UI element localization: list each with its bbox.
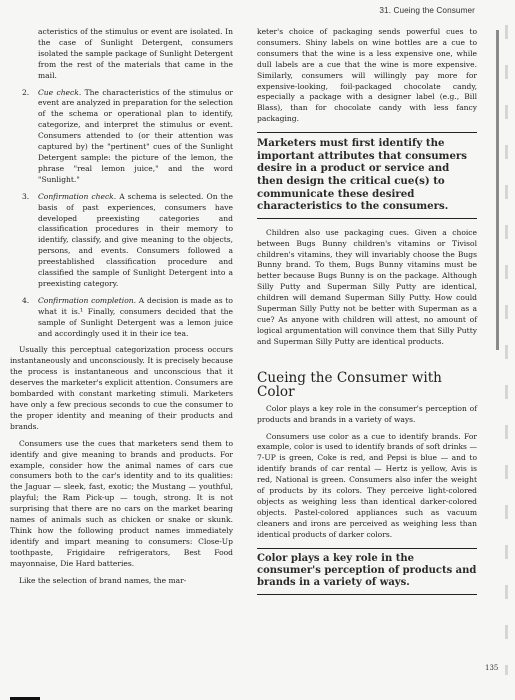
step-item: 3. Confirmation check. A schema is selec… <box>10 192 233 290</box>
continuation-paragraph: keter's choice of packaging sends powerf… <box>257 27 477 125</box>
step-text: A schema is selected. On the basis of pa… <box>38 192 233 288</box>
body-paragraph: Like the selection of brand names, the m… <box>10 576 233 587</box>
body-paragraph: Consumers use color as a cue to identify… <box>257 432 477 541</box>
categorization-steps-list: 2. Cue check. The characteristics of the… <box>10 88 233 340</box>
step-number: 4. <box>22 296 29 307</box>
scan-edge-artifact <box>505 25 508 675</box>
step-item: 4. Confirmation completion. A decision i… <box>10 296 233 340</box>
left-column: acteristics of the stimulus or event are… <box>10 27 233 587</box>
pullquote: Marketers must first identify the import… <box>257 132 477 219</box>
step-term: Confirmation completion. <box>38 296 136 305</box>
running-head: 31. Cueing the Consumer <box>345 6 475 15</box>
page-number: 135 <box>485 664 498 672</box>
step-term: Confirmation check. <box>38 192 116 201</box>
step-term: Cue check. <box>38 88 81 97</box>
pullquote: Color plays a key role in the consumer's… <box>257 548 477 596</box>
body-paragraph: Children also use packaging cues. Given … <box>257 228 477 348</box>
step-item: 2. Cue check. The characteristics of the… <box>10 88 233 186</box>
scan-binding-shadow <box>496 30 499 350</box>
section-heading: Cueing the Consumer with Color <box>257 371 477 400</box>
step-number: 3. <box>22 192 29 203</box>
body-paragraph: Color plays a key role in the consumer's… <box>257 404 477 426</box>
lead-paragraph: acteristics of the stimulus or event are… <box>10 27 233 82</box>
right-column: keter's choice of packaging sends powerf… <box>257 27 477 604</box>
scanned-page: 31. Cueing the Consumer acteristics of t… <box>0 0 515 700</box>
body-paragraph: Consumers use the cues that marketers se… <box>10 439 233 570</box>
step-number: 2. <box>22 88 29 99</box>
body-paragraph: Usually this perceptual categorization p… <box>10 345 233 432</box>
step-text: The characteristics of the stimulus or e… <box>38 88 233 184</box>
